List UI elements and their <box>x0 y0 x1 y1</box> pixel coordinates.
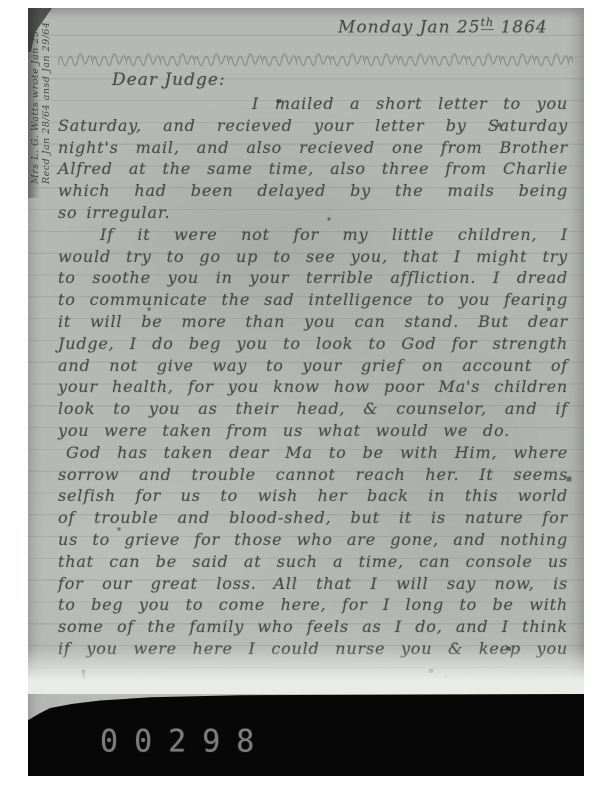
handwritten-line: that can be said at such a time, can con… <box>58 552 568 572</box>
microfilm-strip: 00298 <box>28 694 584 776</box>
margin-annotation-line: Recd Jan 28/64 ansd Jan 29/64 <box>41 14 52 184</box>
frame-counter-digit: 8 <box>236 723 254 760</box>
handwritten-line: sorrow and trouble cannot reach her. It … <box>58 465 568 485</box>
scanned-page: Mrs L. G. Watts wrote Jan 25 Recd Jan 28… <box>0 0 612 792</box>
frame-counter: 00298 <box>100 724 270 759</box>
ink-specks <box>28 8 30 10</box>
handwritten-line: your health, for you know how poor Ma's … <box>58 377 568 397</box>
handwritten-line: Judge, I do beg you to look to God for s… <box>58 334 568 354</box>
handwritten-line: night's mail, and also recieved one from… <box>58 138 568 158</box>
frame-counter-digit: 2 <box>168 723 186 760</box>
letter-scan: Mrs L. G. Watts wrote Jan 25 Recd Jan 28… <box>28 8 584 776</box>
handwritten-line: to beg you to come here, for I long to b… <box>58 595 568 615</box>
handwritten-line: Saturday, and recieved your letter by Sa… <box>58 116 568 136</box>
date-line: Monday Jan 25th 1864 <box>338 16 548 38</box>
handwritten-line: us to grieve for those who are gone, and… <box>58 530 568 550</box>
handwritten-line: would try to go up to see you, that I mi… <box>58 247 568 267</box>
handwritten-line: it will be more than you can stand. But … <box>58 312 568 332</box>
handwritten-line: God has taken dear Ma to be with Him, wh… <box>66 443 568 463</box>
handwritten-line: to communicate the sad intelligence to y… <box>58 290 568 310</box>
salutation: Dear Judge: <box>112 70 226 90</box>
paper-bottom-fade <box>28 648 584 694</box>
handwritten-line: look to you as their head, & counselor, … <box>58 399 568 419</box>
handwritten-line: If it were not for my little children, I <box>100 225 568 245</box>
frame-counter-digit: 0 <box>134 723 152 760</box>
handwritten-line: some of the family who feels as I do, an… <box>58 617 568 637</box>
date-ordinal-suffix: th <box>481 16 495 30</box>
handwritten-line: you were taken from us what would we do. <box>58 421 510 441</box>
handwritten-line: Alfred at the same time, also three from… <box>58 159 568 179</box>
handwritten-line: I mailed a short letter to you <box>252 94 568 114</box>
date-main: Monday Jan 25 <box>338 18 481 38</box>
frame-counter-digit: 0 <box>100 723 118 760</box>
date-year: 1864 <box>500 18 547 38</box>
handwritten-line: and not give way to your grief on accoun… <box>58 356 568 376</box>
handwritten-line: which had been delayed by the mails bein… <box>58 181 568 201</box>
handwritten-line: of trouble and blood-shed, but it is nat… <box>58 508 568 528</box>
frame-counter-digit: 9 <box>202 723 220 760</box>
handwritten-line: for our great loss. All that I will say … <box>58 574 568 594</box>
margin-annotation-line: Mrs L. G. Watts wrote Jan 25 <box>30 14 41 184</box>
handwritten-line: selfish for us to wish her back in this … <box>58 486 568 506</box>
margin-annotation: Mrs L. G. Watts wrote Jan 25 Recd Jan 28… <box>30 14 52 189</box>
handwritten-line: so irregular. <box>58 203 170 223</box>
handwritten-line: to soothe you in your terrible afflictio… <box>58 268 568 288</box>
